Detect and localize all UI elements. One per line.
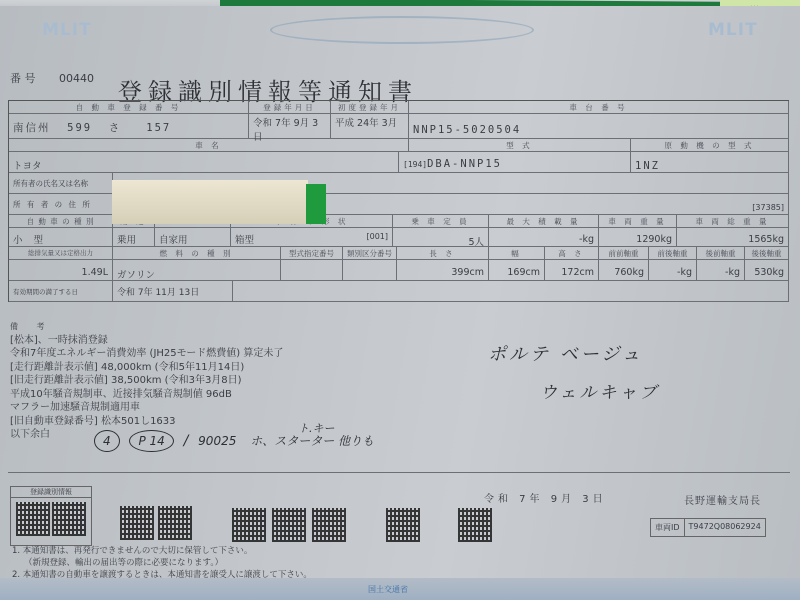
type-approval-label: 型式指定番号 (281, 247, 343, 259)
plate-class: 599 (67, 122, 92, 134)
first-reg-header: 初度登録年月 (331, 101, 409, 113)
length-label: 長 さ (397, 247, 489, 259)
displacement-label: 総排気量又は定格出力 (9, 247, 113, 259)
length: 399cm (397, 260, 489, 280)
owner-address-label: 所 有 者 の 住 所 (9, 194, 113, 214)
footer-note-line: （新規登録、輸出の届出等の際に必要になります。） (12, 557, 312, 569)
qr-code (458, 508, 492, 542)
max-load-label: 最 大 積 載 量 (489, 215, 599, 227)
plate-kana: さ (109, 122, 122, 134)
type-approval (281, 260, 343, 280)
redaction-label (112, 180, 308, 224)
plate-number: 南信州 599 さ 157 (9, 114, 249, 138)
vehicle-id-label: 車両ID (651, 519, 685, 536)
use: 乗用 (113, 228, 155, 246)
expiry-date: 令和 7年 11月 13日 (113, 281, 233, 301)
category-label: 類別区分番号 (343, 247, 397, 259)
document-number: 番 号 00440 (10, 70, 114, 86)
document-number-value: 00440 (59, 72, 94, 85)
qr-code (272, 508, 306, 542)
remark-line: [旧走行距離計表示値] 38,500km (令和3年3月8日) (10, 374, 450, 388)
height-label: 高 さ (545, 247, 599, 259)
vehicle-type-label: 自 動 車 の 種 別 (9, 215, 113, 227)
height: 172cm (545, 260, 599, 280)
qr-label: 登録識別情報 (11, 487, 91, 498)
owner-name-label: 所有者の氏名又は名称 (9, 173, 113, 193)
fuel-label: 燃 料 の 種 別 (113, 247, 281, 259)
body-code: [001] (366, 232, 388, 245)
vehicle-name: トヨタ (9, 152, 399, 172)
remarks-label: 備 考 (10, 320, 450, 334)
ff-axle: 760kg (599, 260, 649, 280)
capacity: 5人 (393, 228, 489, 246)
handwritten-key-note: ト.キー (298, 420, 335, 436)
weight: 1290kg (599, 228, 677, 246)
issuing-office: 長野運輸支局長 (684, 492, 761, 507)
model-value: DBA-NNP15 (427, 158, 502, 170)
qr-code (120, 506, 154, 540)
ornament-decoration (270, 16, 534, 44)
handwritten-extra: ホ、スターター 他りも (250, 434, 374, 448)
remark-line: 令和7年度エネルギー消費効率 (JH25モード燃費値) 算定未了 (10, 347, 450, 361)
width: 169cm (489, 260, 545, 280)
body-value: 箱型 (235, 232, 254, 245)
model-code: [194] (403, 160, 427, 169)
ff-axle-label: 前前軸重 (599, 247, 649, 259)
model-header: 型 式 (409, 139, 631, 151)
expiry-blank (233, 281, 789, 301)
reg-date-header: 登録年月日 (249, 101, 331, 113)
plate-region: 南信州 (13, 122, 51, 134)
plate-header: 自 動 車 登 録 番 号 (9, 101, 249, 113)
rr-axle: 530kg (745, 260, 789, 280)
remarks-section: 備 考 [松本]、一時抹消登録 令和7年度エネルギー消費効率 (JH25モード燃… (10, 320, 450, 442)
vehicle-name-header: 車 名 (9, 139, 409, 151)
fr-axle: -kg (649, 260, 697, 280)
qr-code (386, 508, 420, 542)
first-reg: 平成 24年 3月 (331, 114, 409, 138)
footer-notes: 1. 本通知書は、再発行できませんので大切に保管して下さい。 （新規登録、輸出の… (12, 545, 312, 581)
displacement: 1.49L (9, 260, 113, 280)
handwritten-model-note: ウェルキャブ (540, 378, 659, 403)
vehicle-id-value: T9472Q08062924 (685, 519, 765, 536)
expiry-label: 有効期間の満了する日 (9, 281, 113, 301)
gross-weight-label: 車 両 総 重 量 (677, 215, 789, 227)
body-shape: 箱型 [001] (231, 228, 393, 246)
qr-code (232, 508, 266, 542)
watermark-logo-right: MLIT (708, 20, 758, 40)
gross-weight: 1565kg (677, 228, 789, 246)
model: [194]DBA-NNP15 (399, 152, 631, 172)
watermark-logo-left: MLIT (42, 20, 92, 40)
remark-line: 平成10年騒音規制車、近接排気騒音規制値 96dB (10, 388, 450, 402)
qr-code (158, 506, 192, 540)
qr-code (16, 502, 50, 536)
engine-model: 1NZ (631, 152, 789, 172)
fr-axle-label: 前後軸重 (649, 247, 697, 259)
qr-code (312, 508, 346, 542)
document-number-label: 番 号 (10, 72, 36, 85)
width-label: 幅 (489, 247, 545, 259)
rf-axle: -kg (697, 260, 745, 280)
max-load: -kg (489, 228, 599, 246)
chassis-header: 車 台 番 号 (409, 101, 789, 113)
vehicle-type: 小 型 (9, 228, 113, 246)
vehicle-id-box: 車両ID T9472Q08062924 (650, 518, 766, 537)
remark-line: [旧自動車登録番号] 松本501し1633 (10, 415, 450, 429)
divider (8, 472, 790, 473)
redaction-tab (306, 184, 326, 224)
fuel: ガソリン (113, 260, 281, 280)
remark-line: マフラー加速騒音規制適用車 (10, 401, 450, 415)
circled-number: 4 (94, 430, 120, 452)
engine-header: 原 動 機 の 型 式 (631, 139, 789, 151)
issue-date: 令和 7年 9月 3日 (484, 490, 607, 505)
plate-num: 157 (146, 122, 171, 134)
category (343, 260, 397, 280)
handwritten-mileage: 90025 (198, 434, 236, 448)
rf-axle-label: 後前軸重 (697, 247, 745, 259)
circled-code: P 14 (129, 430, 173, 452)
ministry-seal: 国土交通省 (368, 584, 408, 595)
rr-axle-label: 後後軸重 (745, 247, 789, 259)
weight-label: 車 両 重 量 (599, 215, 677, 227)
reg-date: 令和 7年 9月 3日 (249, 114, 331, 138)
capacity-label: 乗 車 定 員 (393, 215, 489, 227)
private-use: 自家用 (155, 228, 231, 246)
handwritten-color-note: ポルテ ベージュ (488, 340, 643, 366)
remark-line: [松本]、一時抹消登録 (10, 334, 450, 348)
footer-note-line: 1. 本通知書は、再発行できませんので大切に保管して下さい。 (12, 545, 312, 557)
qr-code (52, 502, 86, 536)
chassis-number: NNP15-5020504 (409, 114, 789, 138)
remark-line: [走行距離計表示値] 48,000km (令和5年11月14日) (10, 361, 450, 375)
